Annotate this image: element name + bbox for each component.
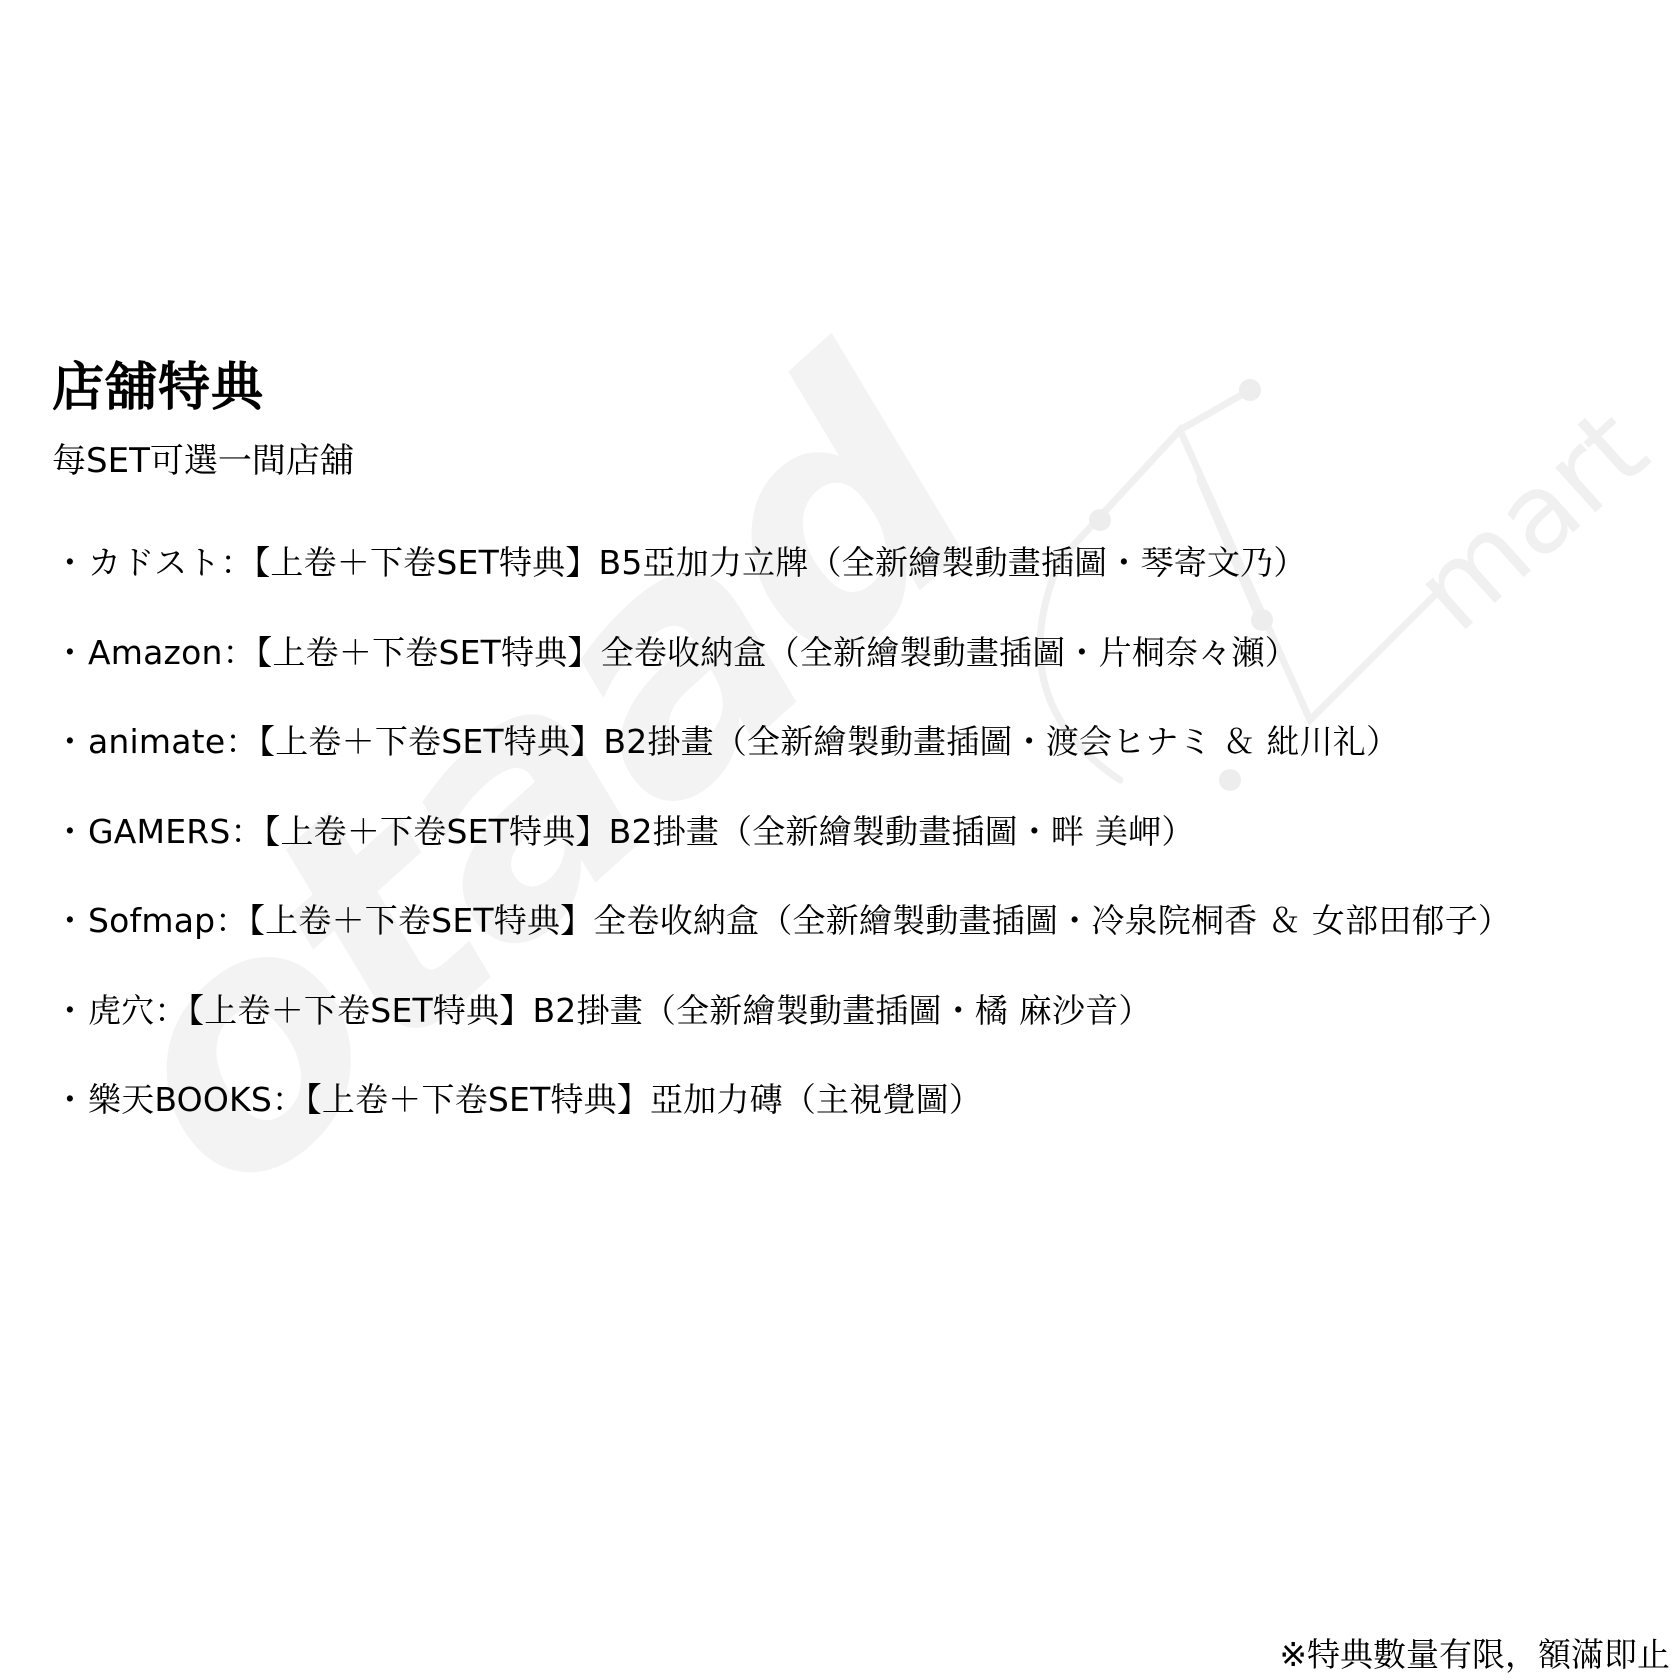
store-name: 虎穴 bbox=[88, 991, 154, 1030]
store-name: GAMERS bbox=[88, 812, 231, 851]
bullet-icon: ・ bbox=[52, 994, 88, 1027]
bonus-description: 【上卷＋下卷SET特典】B2掛畫（全新繪製動畫插圖・渡会ヒナミ ＆ 紕川礼） bbox=[259, 722, 1400, 761]
store-name: 樂天BOOKS bbox=[88, 1080, 272, 1119]
bullet-icon: ・ bbox=[52, 546, 88, 579]
store-name: Amazon bbox=[88, 633, 223, 672]
page-title: 店舖特典 bbox=[52, 362, 264, 414]
separator: ： bbox=[215, 901, 248, 940]
list-item-gamers: ・GAMERS：【上卷＋下卷SET特典】B2掛畫（全新繪製動畫插圖・畔 美岬） bbox=[52, 815, 1511, 905]
list-item-kadosuto: ・カドスト：【上卷＋下卷SET特典】B5亞加力立牌（全新繪製動畫插圖・琴寄文乃） bbox=[52, 546, 1511, 636]
store-name: Sofmap bbox=[88, 901, 215, 940]
store-name: animate bbox=[88, 722, 225, 761]
list-item-animate: ・animate：【上卷＋下卷SET特典】B2掛畫（全新繪製動畫插圖・渡会ヒナミ… bbox=[52, 725, 1511, 815]
bonus-description: 【上卷＋下卷SET特典】亞加力磚（主視覺圖） bbox=[305, 1080, 982, 1119]
bonus-description: 【上卷＋下卷SET特典】B2掛畫（全新繪製動畫插圖・橘 麻沙音） bbox=[188, 991, 1152, 1030]
bonus-description: 【上卷＋下卷SET特典】全卷收納盒（全新繪製動畫插圖・片桐奈々瀬） bbox=[256, 633, 1298, 672]
bullet-icon: ・ bbox=[52, 636, 88, 669]
store-bonus-list: ・カドスト：【上卷＋下卷SET特典】B5亞加力立牌（全新繪製動畫插圖・琴寄文乃）… bbox=[52, 546, 1511, 1173]
bullet-icon: ・ bbox=[52, 904, 88, 937]
bullet-icon: ・ bbox=[52, 1083, 88, 1116]
separator: ： bbox=[154, 991, 187, 1030]
separator: ： bbox=[223, 633, 256, 672]
bullet-icon: ・ bbox=[52, 725, 88, 758]
list-item-amazon: ・Amazon：【上卷＋下卷SET特典】全卷收納盒（全新繪製動畫插圖・片桐奈々瀬… bbox=[52, 636, 1511, 726]
bonus-description: 【上卷＋下卷SET特典】全卷收納盒（全新繪製動畫插圖・冷泉院桐香 ＆ 女部田郁子… bbox=[248, 901, 1511, 940]
bonus-description: 【上卷＋下卷SET特典】B5亞加力立牌（全新繪製動畫插圖・琴寄文乃） bbox=[254, 543, 1307, 582]
separator: ： bbox=[231, 812, 264, 851]
separator: ： bbox=[220, 543, 253, 582]
separator: ： bbox=[272, 1080, 305, 1119]
bonus-description: 【上卷＋下卷SET特典】B2掛畫（全新繪製動畫插圖・畔 美岬） bbox=[264, 812, 1195, 851]
store-name: カドスト bbox=[88, 543, 220, 582]
bullet-icon: ・ bbox=[52, 815, 88, 848]
page-subtitle: 每SET可選一間店舖 bbox=[52, 444, 354, 478]
separator: ： bbox=[225, 722, 258, 761]
limited-quantity-footnote: ※特典數量有限，額滿即止 bbox=[1279, 1638, 1670, 1671]
list-item-sofmap: ・Sofmap：【上卷＋下卷SET特典】全卷收納盒（全新繪製動畫插圖・冷泉院桐香… bbox=[52, 904, 1511, 994]
list-item-toranoana: ・虎穴：【上卷＋下卷SET特典】B2掛畫（全新繪製動畫插圖・橘 麻沙音） bbox=[52, 994, 1511, 1084]
list-item-rakuten-books: ・樂天BOOKS：【上卷＋下卷SET特典】亞加力磚（主視覺圖） bbox=[52, 1083, 1511, 1173]
